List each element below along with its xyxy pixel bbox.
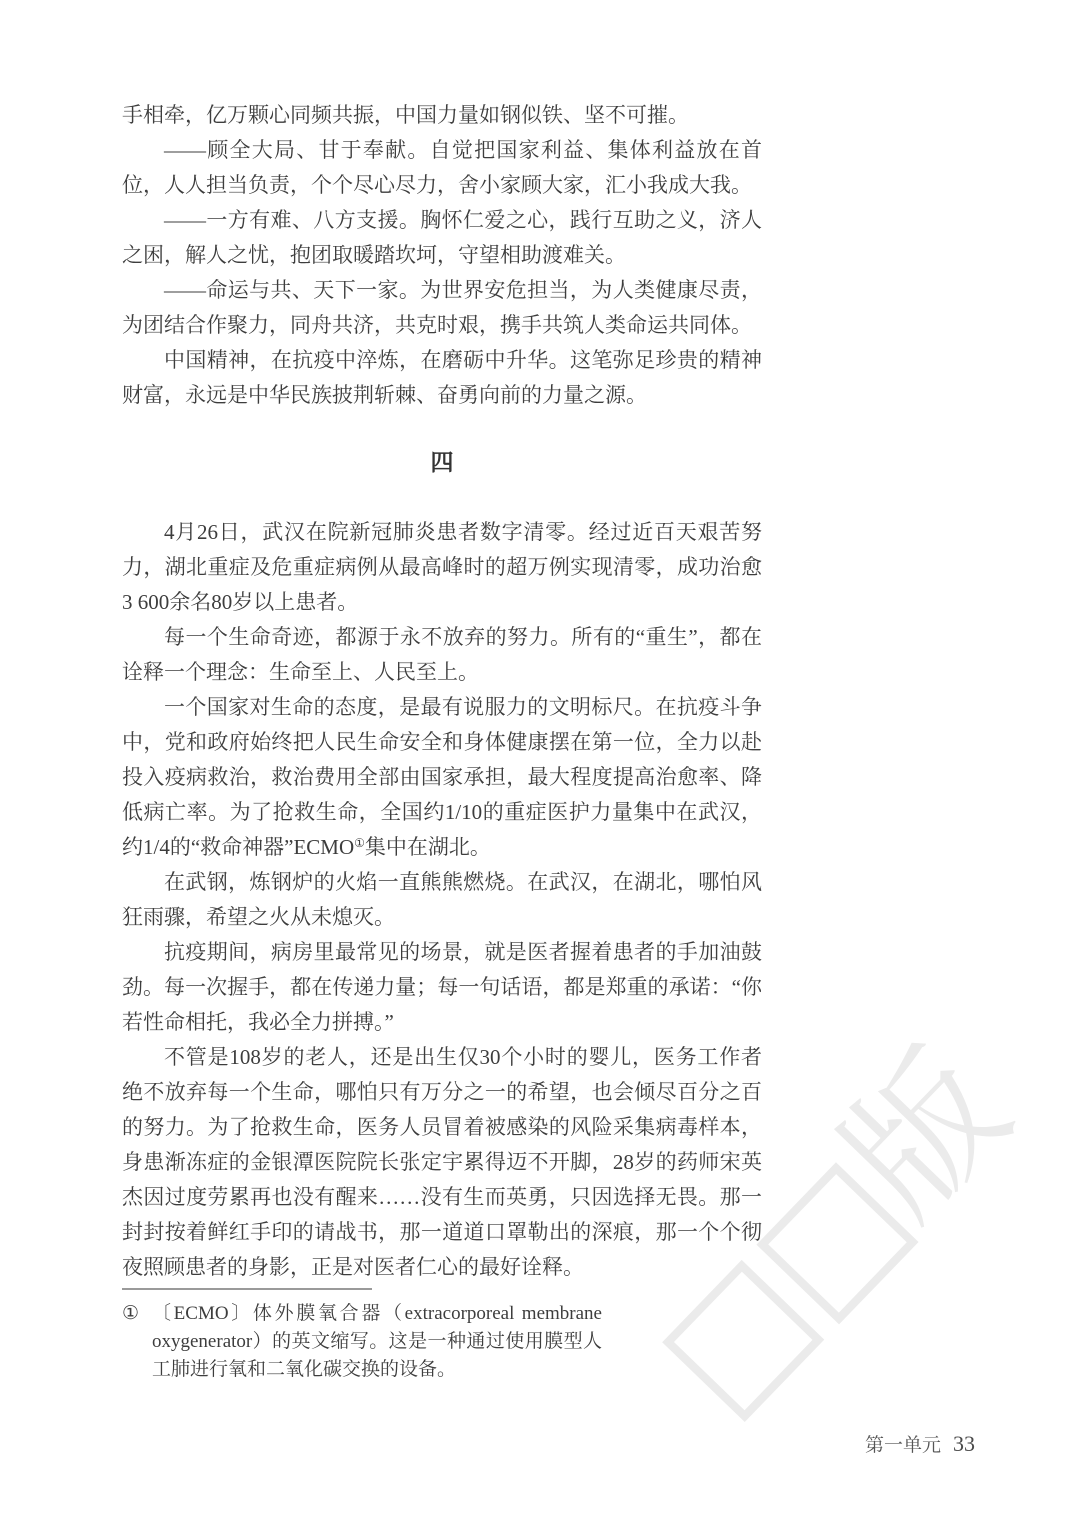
footnote-divider xyxy=(122,1288,372,1290)
page-number: 33 xyxy=(953,1431,975,1456)
paragraph: ——命运与共、天下一家。为世界安危担当，为人类健康尽责，为团结合作聚力，同舟共济… xyxy=(122,273,762,343)
page-footer: 第一单元33 xyxy=(0,1430,975,1457)
paragraph-continuation: 手相牵，亿万颗心同频共振，中国力量如钢似铁、坚不可摧。 xyxy=(122,98,762,133)
body-text: 手相牵，亿万颗心同频共振，中国力量如钢似铁、坚不可摧。 ——顾全大局、甘于奉献。… xyxy=(122,98,762,1285)
textbook-page: □□版 手相牵，亿万颗心同频共振，中国力量如钢似铁、坚不可摧。 ——顾全大局、甘… xyxy=(0,0,1080,1527)
footnote-marker: ① xyxy=(122,1300,139,1328)
paragraph: 每一个生命奇迹，都源于永不放弃的努力。所有的“重生”，都在诠释一个理念：生命至上… xyxy=(122,620,762,690)
paragraph: ——一方有难、八方支援。胸怀仁爱之心，践行互助之义，济人之困，解人之忧，抱团取暖… xyxy=(122,203,762,273)
unit-label: 第一单元 xyxy=(865,1435,941,1456)
section-heading-four: 四 xyxy=(122,444,762,480)
paragraph: 4月26日，武汉在院新冠肺炎患者数字清零。经过近百天艰苦努力，湖北重症及危重症病… xyxy=(122,515,762,620)
paragraph-ecmo: 一个国家对生命的态度，是最有说服力的文明标尺。在抗疫斗争中，党和政府始终把人民生… xyxy=(122,690,762,865)
paragraph: 在武钢，炼钢炉的火焰一直熊熊燃烧。在武汉，在湖北，哪怕风狂雨骤，希望之火从未熄灭… xyxy=(122,865,762,935)
paragraph: 抗疫期间，病房里最常见的场景，就是医者握着患者的手加油鼓劲。每一次握手，都在传递… xyxy=(122,935,762,1040)
footnote-text: 〔ECMO〕体外膜氧合器（extracorporeal membrane oxy… xyxy=(122,1300,602,1384)
footnote: ① 〔ECMO〕体外膜氧合器（extracorporeal membrane o… xyxy=(122,1300,602,1384)
paragraph: ——顾全大局、甘于奉献。自觉把国家利益、集体利益放在首位，人人担当负责，个个尽心… xyxy=(122,133,762,203)
paragraph: 不管是108岁的老人，还是出生仅30个小时的婴儿，医务工作者绝不放弃每一个生命，… xyxy=(122,1040,762,1285)
footnote-reference: ① xyxy=(354,836,365,850)
paragraph-text: 集中在湖北。 xyxy=(365,835,491,859)
paragraph: 中国精神，在抗疫中淬炼，在磨砺中升华。这笔弥足珍贵的精神财富，永远是中华民族披荆… xyxy=(122,343,762,413)
